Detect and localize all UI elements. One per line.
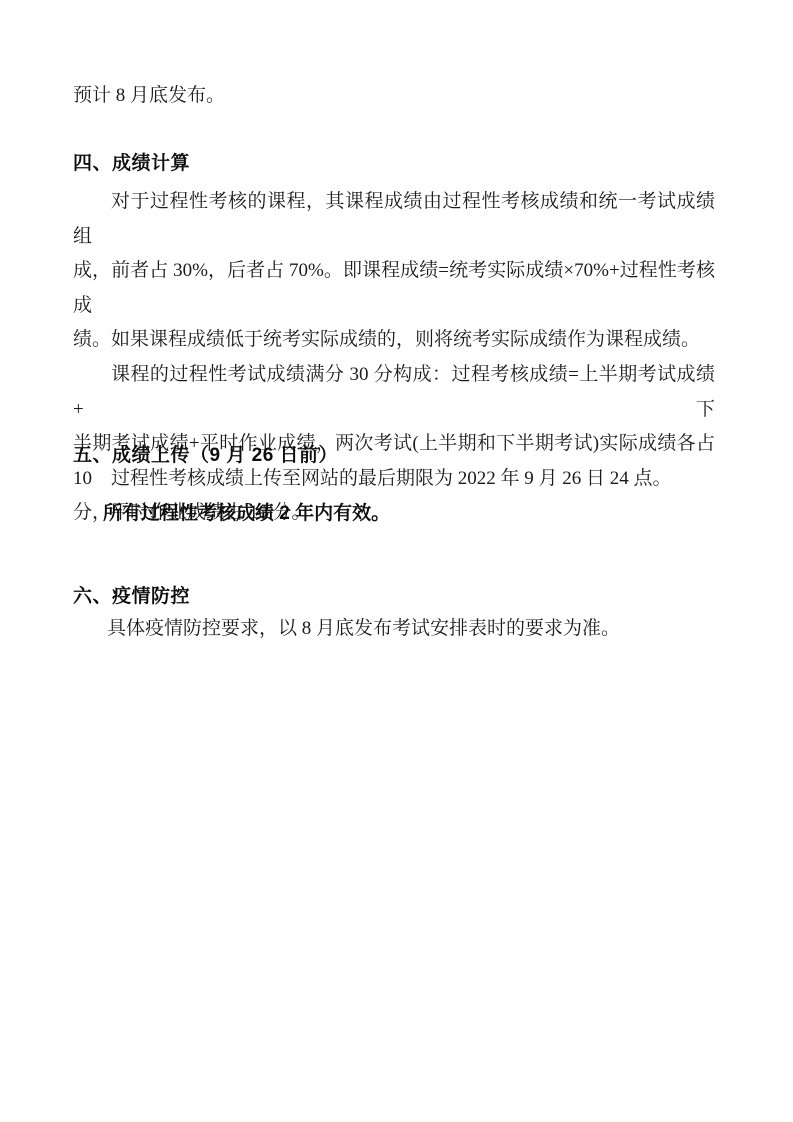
body-line: 过程性考核成绩上传至网站的最后期限为 2022 年 9 月 26 日 24 点。 bbox=[73, 462, 715, 497]
section-heading-6: 六、疫情防控 bbox=[73, 585, 715, 609]
validity-notice-line: 所有过程性考核成绩 2 年内有效。 bbox=[73, 497, 715, 532]
continued-paragraph-line: 预计 8 月底发布。 bbox=[73, 79, 715, 114]
body-line: 对于过程性考核的课程，其课程成绩由过程性考核成绩和统一考试成绩组 bbox=[73, 185, 715, 254]
body-line: 成，前者占 30%，后者占 70%。即课程成绩=统考实际成绩×70%+过程性考核… bbox=[73, 254, 715, 323]
body-line: 绩。如果课程成绩低于统考实际成绩的，则将统考实际成绩作为课程成绩。 bbox=[73, 323, 715, 358]
body-line: 具体疫情防控要求，以 8 月底发布考试安排表时的要求为准。 bbox=[73, 612, 715, 647]
document-page: 预计 8 月底发布。 四、成绩计算 对于过程性考核的课程，其课程成绩由过程性考核… bbox=[0, 0, 793, 1122]
body-line: 课程的过程性考试成绩满分 30 分构成：过程考核成绩=上半期考试成绩+下 bbox=[73, 358, 715, 427]
section-heading-4: 四、成绩计算 bbox=[73, 152, 715, 176]
